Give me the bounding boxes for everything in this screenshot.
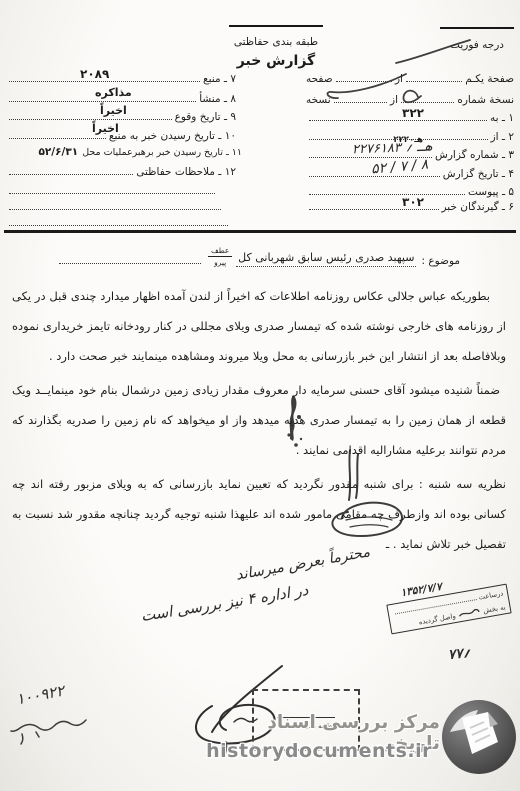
- field-source-value: ۲۰۸۹: [80, 67, 109, 81]
- pages-label: صفحه: [306, 73, 333, 85]
- subject-line: موضوع : سپهبد صدری رئیس سابق شهربانی کل …: [56, 246, 460, 267]
- dotted-leader: [334, 92, 387, 103]
- blank-line: [6, 183, 218, 197]
- field-occurrence-date-label: ۹ ـ تاریخ وقوع: [175, 111, 236, 123]
- paragraph-3: نظریه سه شنبه : برای شنبه مقدور نگردید ک…: [12, 469, 506, 559]
- dotted-leader: [401, 92, 454, 103]
- page-line: صفحة یکـم از صفحه: [306, 71, 514, 85]
- field-source: ۷ ـ منبع: [6, 71, 236, 85]
- subject-text: سپهبد صدری رئیس سابق شهربانی کل: [236, 251, 416, 267]
- field-report-number-label: ۳ ـ شماره گزارش: [435, 149, 514, 161]
- document-scan: درجه فوریت طبقه بندی حفاظتی گزارش خبر صف…: [0, 0, 520, 791]
- field-to-label: ۱ ـ به: [490, 112, 514, 124]
- field-news-reached-ops-value: ۵۲/۶/۳۱: [38, 146, 78, 158]
- field-to-value: ۳۲۲: [402, 106, 424, 120]
- stamp-squiggle: [457, 606, 482, 620]
- copies-label: نسخه: [306, 94, 331, 106]
- field-news-reached-ops-label: ۱۱ ـ تاریخ رسیدن خبر برهبرعملیات محل: [82, 147, 242, 158]
- dotted-leader: [9, 199, 221, 210]
- watermark: مرکز بررسی اسناد تاریخی historydocuments…: [235, 696, 520, 788]
- handwritten-note-2: در اداره ۴ نیز بررسی است: [140, 581, 310, 625]
- round-stamp-scribble: [312, 448, 412, 553]
- watermark-url: historydocuments.ir: [206, 740, 432, 762]
- archive-scribble: [6, 712, 91, 748]
- field-attachment-label: ۵ ـ پیوست: [468, 186, 514, 198]
- copy-line: نسخة شماره از نسخه: [306, 92, 514, 106]
- field-report-date-label: ۴ ـ تاریخ گزارش: [443, 168, 514, 180]
- dotted-leader: [9, 183, 215, 194]
- field-security-remarks-label: ۱۲ ـ ملاحظات حفاظتی: [136, 166, 236, 178]
- field-report-number-value: ۲۲هـ ؍ ۷۶۱۸۳: [352, 140, 432, 158]
- field-recipients-label: ۶ ـ گیرندگان خبر: [442, 201, 515, 213]
- dotted-leader: [309, 184, 465, 195]
- stamp-date-note: ۷؍۷: [447, 645, 471, 663]
- dotted-leader: [336, 71, 392, 82]
- atf-label: عطف: [211, 246, 229, 255]
- peyro-label: پیرو: [214, 258, 226, 267]
- paragraph-2: ضمناً شنیده میشود آقای حسنی سرمایه دار م…: [12, 375, 506, 465]
- dotted-leader: [59, 253, 201, 264]
- stamp-received-label: واصل گردیده: [418, 612, 456, 626]
- field-news-reached-source-value: اخیراً: [92, 122, 119, 135]
- dotted-leader: [309, 110, 487, 121]
- field-news-reached-source: ۱۰ ـ تاریخ رسیدن خبر به منبع: [6, 128, 236, 142]
- report-body: بطوریکه عباس جلالی عکاس روزنامه اطلاعات …: [12, 281, 506, 563]
- paragraph-1: بطوریکه عباس جلالی عکاس روزنامه اطلاعات …: [12, 281, 506, 371]
- form-header: طبقه بندی حفاظتی گزارش خبر: [229, 25, 323, 69]
- classification-label: طبقه بندی حفاظتی: [234, 36, 318, 48]
- form-title: گزارش خبر: [229, 53, 323, 69]
- subject-label: موضوع :: [421, 255, 460, 267]
- page-label: صفحة یکـم: [465, 73, 514, 85]
- blank-line: [6, 199, 224, 213]
- field-security-remarks: ۱۲ ـ ملاحظات حفاظتی: [6, 164, 236, 178]
- of-label: از: [395, 73, 403, 85]
- field-origin-label: ۸ ـ منشأ: [199, 93, 236, 105]
- stamp-section-label: به بخش: [483, 603, 507, 615]
- dotted-leader: [9, 164, 133, 175]
- dotted-leader: [9, 215, 228, 226]
- field-news-reached-source-label: ۱۰ ـ تاریخ رسیدن خبر به منبع: [109, 130, 236, 142]
- dotted-leader: [9, 109, 172, 120]
- of-label: از: [390, 94, 398, 106]
- field-origin-value: مذاکره: [95, 86, 132, 99]
- field-occurrence-date-value: اخیراً: [100, 104, 127, 117]
- archive-number: ۱۰۰۹۲۲: [15, 682, 66, 709]
- receipt-stamp: ۱۳۵۲/۷/۷ درساعت به بخش واصل گردیده: [388, 578, 518, 624]
- field-news-reached-ops: ۱۱ ـ تاریخ رسیدن خبر برهبرعملیات محل ۵۲/…: [2, 146, 242, 158]
- blank-line: [6, 215, 231, 229]
- dotted-leader: [406, 71, 462, 82]
- section-divider: [4, 230, 516, 233]
- field-recipients-value: ۳۰۲: [402, 195, 424, 209]
- reference-block: عطف پیرو: [208, 246, 232, 267]
- atf-divider: [208, 256, 232, 257]
- ink-smudge: [283, 393, 309, 451]
- copy-label: نسخة شماره: [457, 94, 514, 106]
- stamp-hour-label: درساعت: [478, 589, 504, 601]
- field-source-label: ۷ ـ منبع: [203, 73, 236, 85]
- watermark-logo-icon: [440, 698, 518, 776]
- field-from-label: ۲ ـ از: [491, 131, 514, 143]
